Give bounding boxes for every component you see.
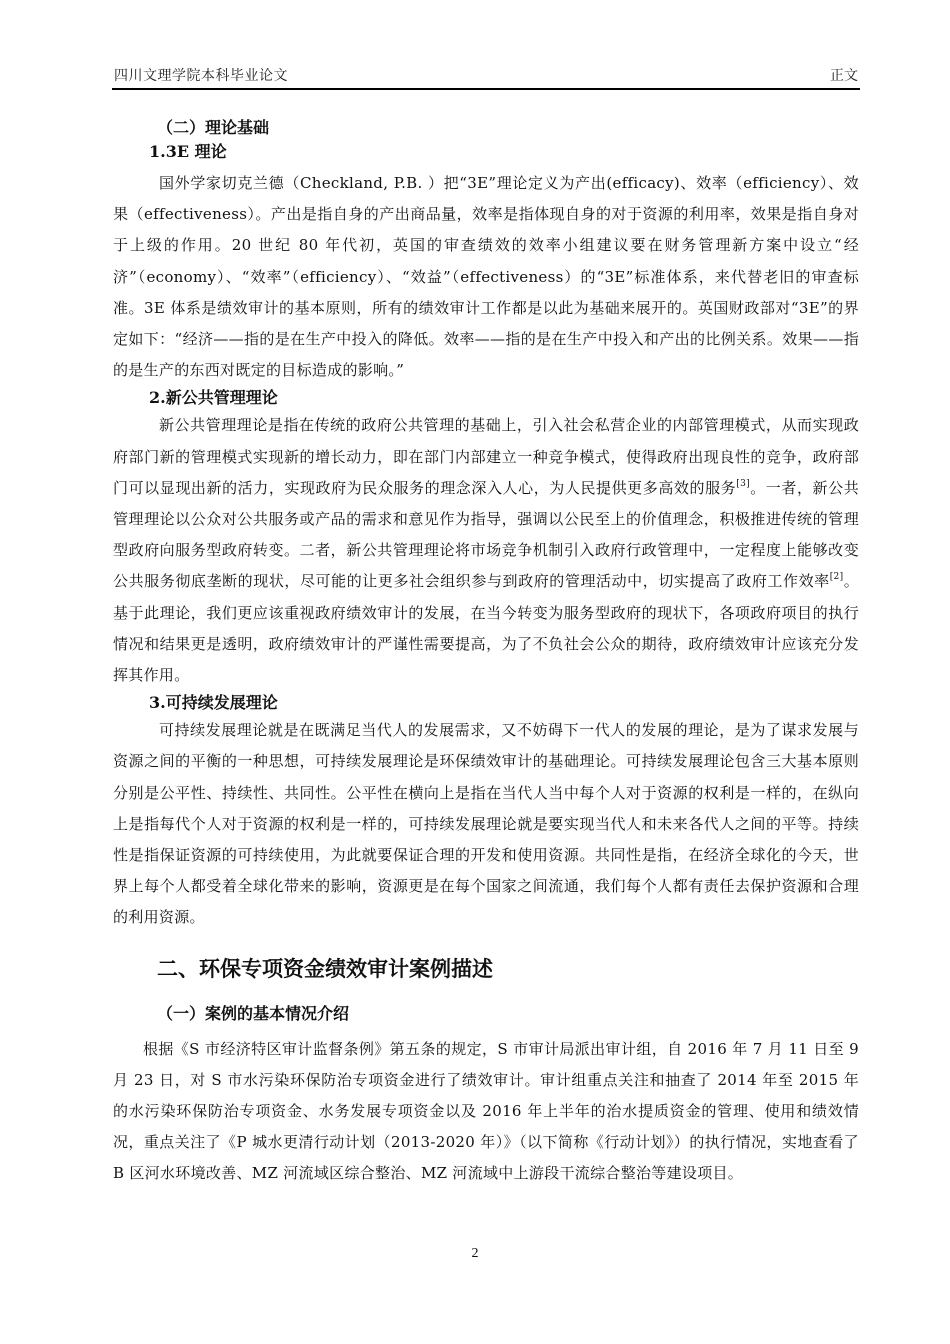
subsection-heading-sustainable: 3.可持续发展理论 — [113, 691, 859, 715]
page-header: 四川文理学院本科毕业论文 正文 — [112, 66, 860, 90]
paragraph-sustainable-theory: 可持续发展理论就是在既满足当代人的发展需求，又不妨碍下一代人的发展的理论，是为了… — [113, 715, 859, 933]
subsection-heading-npm: 2.新公共管理理论 — [113, 386, 859, 410]
section-heading-case-intro: （一）案例的基本情况介绍 — [113, 1002, 859, 1026]
document-page: 四川文理学院本科毕业论文 正文 （二）理论基础 1.3E 理论 国外学家切克兰德… — [0, 0, 950, 1344]
subsection-heading-3e: 1.3E 理论 — [113, 140, 859, 164]
header-school-title: 四川文理学院本科毕业论文 — [114, 66, 288, 86]
paragraph-case-intro: 根据《S 市经济特区审计监督条例》第五条的规定，S 市审计局派出审计组，自 20… — [113, 1034, 859, 1190]
paragraph-npm-theory: 新公共管理理论是指在传统的政府公共管理的基础上，引入社会私营企业的内部管理模式，… — [113, 410, 859, 691]
citation-3: [3] — [736, 479, 750, 489]
citation-2: [2] — [830, 572, 844, 582]
paragraph-3e-theory: 国外学家切克兰德（Checkland, P.B. ）把“3E”理论定义为产出(e… — [113, 168, 859, 386]
chapter-heading-case: 二、环保专项资金绩效审计案例描述 — [113, 954, 859, 984]
section-heading-theory-basis: （二）理论基础 — [113, 116, 859, 140]
header-section-label: 正文 — [830, 66, 858, 86]
page-number: 2 — [0, 1246, 950, 1262]
page-content: （二）理论基础 1.3E 理论 国外学家切克兰德（Checkland, P.B.… — [113, 116, 859, 1190]
